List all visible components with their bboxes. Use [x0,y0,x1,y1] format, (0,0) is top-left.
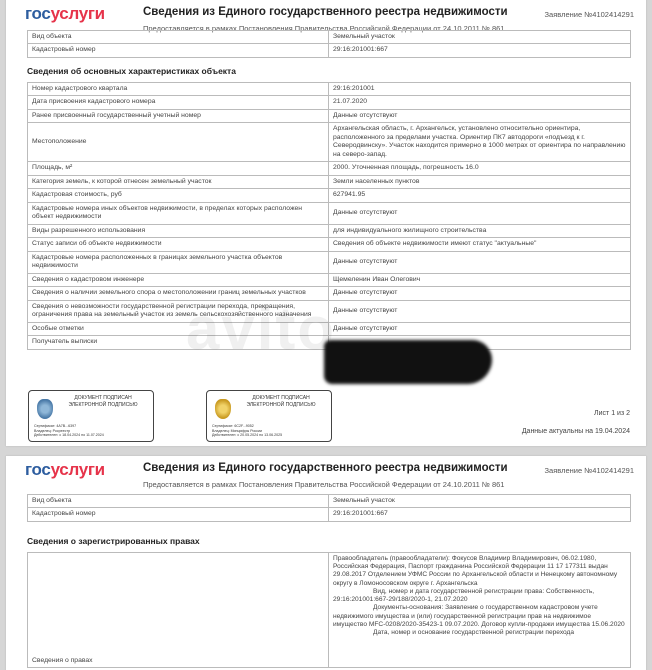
row-value: Земли населенных пунктов [329,175,631,188]
stamp-valid: Действителен: с 18.04.2024 по 11.07.2024 [34,433,149,438]
row-key: Площадь, м² [28,162,329,175]
row-key: Дата присвоения кадастрового номера [28,96,329,109]
stamp-text: Документ подписан электронной подписью [59,395,147,409]
table-row: МестоположениеАрхангельская область, г. … [28,123,631,162]
document-title: Сведения из Единого государственного рее… [143,462,508,474]
table-row: Кадастровый номер29:16:201001:667 [28,44,631,57]
stamp-cert-info: Сертификат: 4A7B...6397 Владелец: Росрее… [34,424,149,438]
row-value: 627941.95 [329,189,631,202]
rights-table: Сведения о правах Правообладатель (право… [27,552,631,668]
sheet-number: Лист 1 из 2 [594,410,630,417]
row-value: 2000. Уточненная площадь, погрешность 16… [329,162,631,175]
row-key: Кадастровые номера расположенных в грани… [28,251,329,273]
signature-stamp-2: Документ подписан электронной подписью С… [206,390,332,442]
row-value: Данные отсутствуют [329,251,631,273]
rights-holder: Правообладатель (правообладатели): Фокус… [333,555,626,588]
row-key: Номер кадастрового квартала [28,83,329,96]
table-row: Кадастровая стоимость, руб627941.95 [28,189,631,202]
redaction-mark [324,340,492,384]
row-value: Данные отсутствуют [329,300,631,322]
object-table: Вид объектаЗемельный участокКадастровый … [27,30,631,58]
table-row: Сведения о кадастровом инженереЩемеленин… [28,273,631,286]
row-value: 29:16:201001:667 [329,44,631,57]
logo-part-gos: гос [25,460,51,479]
gosuslugi-logo: госуслуги [25,460,105,480]
table-row: Дата присвоения кадастрового номера21.07… [28,96,631,109]
table-row: Статус записи об объекте недвижимостиСве… [28,238,631,251]
rights-documents: Документы-основания: Заявление о государ… [333,604,626,629]
actual-date: Данные актуальны на 19.04.2024 [522,428,630,435]
row-key: Категория земель, к которой отнесен земе… [28,175,329,188]
emblem-rosreestr-icon [37,399,53,419]
application-number: Заявление №4102414291 [545,10,634,19]
rights-key: Сведения о правах [28,553,329,668]
gosuslugi-logo: госуслуги [25,4,105,24]
row-key: Ранее присвоенный государственный учетны… [28,109,329,122]
row-key: Вид объекта [28,31,329,44]
row-value: 29:16:201001:667 [329,508,631,521]
row-key: Местоположение [28,123,329,162]
row-key: Статус записи об объекте недвижимости [28,238,329,251]
row-value: для индивидуального жилищного строительс… [329,224,631,237]
table-row: Вид объектаЗемельный участок [28,31,631,44]
row-value: Данные отсутствуют [329,322,631,335]
section-title: Сведения об основных характеристиках объ… [27,66,236,76]
row-key: Кадастровый номер [28,44,329,57]
document-title: Сведения из Единого государственного рее… [143,6,508,18]
rights-value: Правообладатель (правообладатели): Фокус… [329,553,631,668]
row-value: Щемеленин Иван Олегович [329,273,631,286]
row-key: Сведения о кадастровом инженере [28,273,329,286]
section-title: Сведения о зарегистрированных правах [27,536,200,546]
stamp-text: Документ подписан электронной подписью [237,395,325,409]
table-row: Номер кадастрового квартала29:16:201001 [28,83,631,96]
row-key: Кадастровая стоимость, руб [28,189,329,202]
row-key: Вид объекта [28,495,329,508]
table-row: Сведения о правах Правообладатель (право… [28,553,631,668]
table-row: Кадастровые номера расположенных в грани… [28,251,631,273]
row-value: Сведения об объекте недвижимости имеют с… [329,238,631,251]
rights-registration: Вид, номер и дата государственной регист… [333,588,626,604]
logo-part-gos: гос [25,4,51,23]
object-table: Вид объектаЗемельный участокКадастровый … [27,494,631,522]
row-value: 21.07.2020 [329,96,631,109]
logo-part-uslugi: услуги [51,4,105,23]
table-row: Площадь, м²2000. Уточненная площадь, пог… [28,162,631,175]
table-row: Вид объектаЗемельный участок [28,495,631,508]
signature-stamp-1: Документ подписан электронной подписью С… [28,390,154,442]
page-header: госуслуги Сведения из Единого государств… [6,456,646,496]
stamp-cert-info: Сертификат: 6C2F...9052 Владелец: Минциф… [212,424,327,438]
application-number: Заявление №4102414291 [545,466,634,475]
row-key: Виды разрешенного использования [28,224,329,237]
emblem-coat-of-arms-icon [215,399,231,419]
watermark: avito [186,294,336,363]
table-row: Кадастровые номера иных объектов недвижи… [28,202,631,224]
table-row: Ранее присвоенный государственный учетны… [28,109,631,122]
table-row: Категория земель, к которой отнесен земе… [28,175,631,188]
stamp-valid: Действителен: с 20.05.2024 по 13.06.2025 [212,433,327,438]
row-key: Кадастровые номера иных объектов недвижи… [28,202,329,224]
row-key: Кадастровый номер [28,508,329,521]
row-value: Данные отсутствуют [329,287,631,300]
row-value: Земельный участок [329,31,631,44]
document-page-1: госуслуги Сведения из Единого государств… [6,0,646,446]
row-value: Земельный участок [329,495,631,508]
rights-transfer: Дата, номер и основание государственной … [333,629,626,637]
row-value: Архангельская область, г. Архангельск, у… [329,123,631,162]
row-value: Данные отсутствуют [329,109,631,122]
document-page-2: госуслуги Сведения из Единого государств… [6,456,646,670]
document-subtitle: Предоставляется в рамках Постановления П… [143,480,504,489]
table-row: Виды разрешенного использованиядля индив… [28,224,631,237]
logo-part-uslugi: услуги [51,460,105,479]
table-row: Кадастровый номер29:16:201001:667 [28,508,631,521]
row-value: 29:16:201001 [329,83,631,96]
row-value: Данные отсутствуют [329,202,631,224]
